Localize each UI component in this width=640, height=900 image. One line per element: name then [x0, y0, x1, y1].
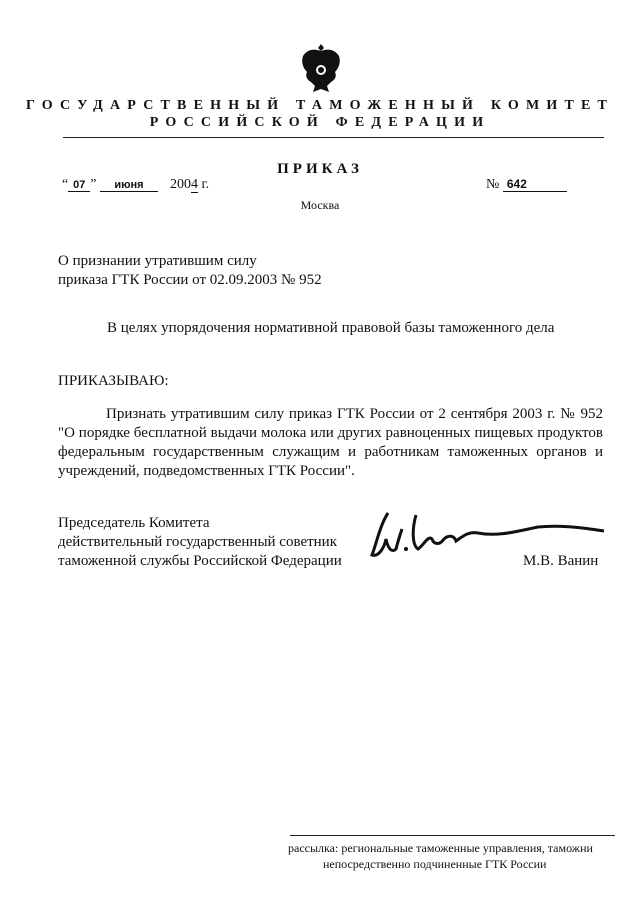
date-month: июня	[100, 179, 158, 192]
subject-line2: приказа ГТК России от 02.09.2003 № 952	[58, 271, 322, 290]
date-close-quote: ”	[90, 177, 96, 192]
order-paragraph: Признать утратившим силу приказ ГТК Росс…	[58, 405, 603, 481]
signatory-line3: таможенной службы Российской Федерации	[58, 552, 342, 571]
distribution-line1: рассылка: региональные таможенные управл…	[288, 840, 593, 856]
date-day: 07	[68, 179, 90, 192]
date-year-suffix: г.	[198, 177, 209, 192]
document-city: Москва	[0, 198, 640, 213]
signatory-title: Председатель Комитета действительный гос…	[58, 514, 342, 571]
header-divider	[63, 137, 604, 138]
signatory-line2: действительный государственный советник	[58, 533, 342, 552]
preamble: В целях упорядочения нормативной правово…	[107, 320, 554, 337]
organization-name-line2: РОССИЙСКОЙ ФЕДЕРАЦИИ	[0, 115, 640, 131]
date-year-digit: 4	[191, 177, 198, 193]
subject-line1: О признании утратившим силу	[58, 252, 322, 271]
date-year-prefix: 200	[170, 177, 191, 192]
distribution-divider	[290, 835, 615, 836]
signatory-name: М.В. Ванин	[523, 553, 598, 570]
organization-name-line1: ГОСУДАРСТВЕННЫЙ ТАМОЖЕННЫЙ КОМИТЕТ	[0, 98, 640, 114]
eagle-emblem-icon	[299, 42, 343, 94]
distribution-line2: непосредственно подчиненные ГТК России	[288, 856, 593, 872]
document-number: № 642	[486, 177, 567, 193]
document-subject: О признании утратившим силу приказа ГТК …	[58, 252, 322, 290]
document-type-title: ПРИКАЗ	[0, 161, 640, 178]
document-date: “07” июня2004 г.	[62, 177, 209, 193]
signatory-line1: Председатель Комитета	[58, 514, 342, 533]
distribution-list: рассылка: региональные таможенные управл…	[288, 840, 593, 872]
number-label: №	[486, 177, 499, 192]
order-body: Признать утратившим силу приказ ГТК Росс…	[58, 405, 603, 481]
number-value: 642	[503, 177, 567, 192]
order-word: ПРИКАЗЫВАЮ:	[58, 373, 169, 390]
